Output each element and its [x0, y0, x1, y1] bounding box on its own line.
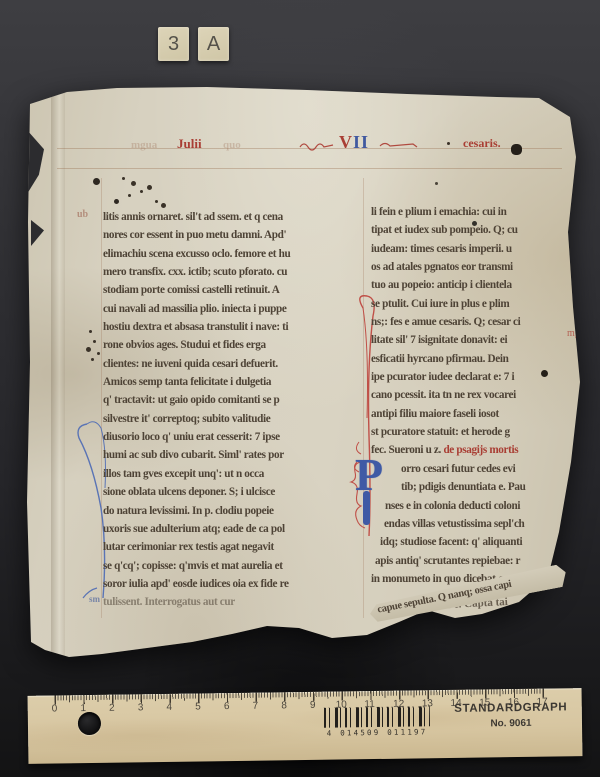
ink-spots — [447, 142, 450, 145]
text-line: iudeam: times cesaris imperii. u — [371, 240, 589, 258]
ruler-cm-number: 7 — [253, 701, 259, 712]
text-line: tib; pdigis denuntiata e. Pau — [371, 478, 589, 496]
ruler-cm-number: 5 — [195, 701, 201, 712]
ruler-model-number: No. 9061 — [436, 717, 586, 730]
edge-tear-notch — [27, 130, 44, 194]
text-line: lutar cerimoniar rex testis agat negavit — [103, 538, 363, 556]
text-line: humi ac sub divo cubarit. Siml' rates po… — [103, 446, 363, 464]
edge-tear-notch — [31, 220, 44, 246]
quire-mark: sm — [89, 594, 100, 604]
red-flourish-icon — [379, 140, 419, 152]
text-line: li fein e plium i emachia: cui in — [371, 203, 589, 221]
text-line: litate sil' 7 isignitate donavit: ei — [371, 331, 589, 349]
text-line: cano pcessit. ita tn ne rex vocarei — [371, 386, 589, 404]
text-line: antipi filiu maiore faseli iosot — [371, 405, 589, 423]
show-through-text: quo — [223, 139, 241, 157]
text-line: clientes: ne iuveni quida cesari defueri… — [103, 355, 363, 373]
barcode-digits: 4 014509 011197 — [316, 727, 438, 738]
text-line: silvestre it' correptoq; subito valitudi… — [103, 410, 363, 428]
text-line: elimachiu scena excusso oclo. femore et … — [103, 245, 363, 263]
ruler-cm-number: 9 — [310, 700, 316, 711]
rubric-text: de psagijs mortis — [443, 444, 518, 456]
text-line: nores cor essent in puo metu damni. Apd' — [103, 226, 363, 244]
show-through-text: mgua — [131, 139, 157, 157]
right-column-indented: orro cesari futur cedes evitib; pdigis d… — [371, 460, 589, 497]
mixed-rubric-line: fec. Sueroni u z. de psagijs mortis — [371, 441, 589, 459]
text-line: tuo au popeio: anticip i clientela — [371, 276, 589, 294]
folio-numeral: VII — [339, 132, 369, 150]
text-line: orro cesari futur cedes evi — [371, 460, 589, 478]
text-line: se q'cq'; copisse: q'mvis et mat aurelia… — [103, 557, 363, 575]
archive-number-tile: 3 — [158, 27, 189, 61]
text-line: endas villas vetustissima sepl'ch — [371, 515, 589, 533]
text-line: q' tractavit: ut gaio opido comitanti se… — [103, 391, 363, 409]
running-header-month: Julii — [177, 136, 202, 154]
red-flourish-icon — [299, 140, 335, 152]
archive-letter-tile: A — [198, 27, 229, 61]
text-line: do natura levissimi. In p. clodiu popeie — [103, 502, 363, 520]
worm-holes — [122, 177, 125, 180]
decorated-initial-p: P — [355, 457, 383, 493]
text-line: uxoris sue adulterium atq; eade de ca po… — [103, 520, 363, 538]
text-line: sione oblata ulcens deponer. S; i ulcisc… — [103, 483, 363, 501]
text-line: ipe pcurator iudee declarat e: 7 i — [371, 368, 589, 386]
text-line: ns;: fes e amue cesaris. Q; cesar ci — [371, 313, 589, 331]
ruler-hanging-hole — [78, 712, 101, 735]
text-line: Amicos semp tanta felicitate i dulgetia — [103, 373, 363, 391]
text-line: os ad atales pgnatos eor transmi — [371, 258, 589, 276]
text-line: se ptulit. Cui iure in plus e plim — [371, 295, 589, 313]
text-line: hostiu dextra et absasa transtulit i nav… — [103, 318, 363, 336]
ruler-cm-number: 3 — [138, 702, 144, 713]
tile-label: 3 — [168, 33, 179, 56]
numeral-red: V — [339, 132, 353, 152]
text-line: tulissent. Interrogatus aut cur — [103, 593, 363, 611]
ruler-brand: STANDARDGRAPH — [436, 701, 586, 715]
ruler-cm-number: 8 — [281, 700, 287, 711]
text-line: nses e in colonia deducti coloni — [371, 497, 589, 515]
text-line: diusorio loco q' uniu erat cesserit: 7 i… — [103, 428, 363, 446]
text-line: tipat et iudex sub pompeio. Q; cu — [371, 221, 589, 239]
ruler-cm-number: 2 — [109, 703, 115, 714]
text-line: idq; studiose facent: q' aliquanti — [371, 533, 589, 551]
text-line: st pcuratore statuit: et herode g — [371, 423, 589, 441]
text-line: rone obvios ages. Studui et fides erga — [103, 336, 363, 354]
left-column: litis annis ornaret. sil't ad ssem. et q… — [103, 208, 363, 612]
decorated-initial-block: P orro cesari futur cedes evitib; pdigis… — [371, 460, 589, 497]
text-line: mero transfix. cxx. ictib; scuto pforato… — [103, 263, 363, 281]
ruler-cm-number: 6 — [224, 701, 230, 712]
worm-holes — [89, 330, 92, 333]
numeral-blue: II — [353, 132, 369, 152]
ruler: 01234567891011121314151617 4 014509 0111… — [28, 688, 583, 764]
text-line: illos tam gves excepit unq': ut n occa — [103, 465, 363, 483]
ruler-cm-number: 0 — [52, 703, 58, 714]
right-column-top: li fein e plium i emachia: cui intipat e… — [371, 203, 589, 441]
text-line: stodiam porte comissi castelli retinuit.… — [103, 281, 363, 299]
tile-label: A — [207, 33, 220, 56]
left-fold-crease — [51, 82, 65, 667]
ruling-line — [57, 168, 562, 169]
text-line: cui navali ad massilia plio. iniecta i p… — [103, 300, 363, 318]
red-margin-mark: mg — [567, 328, 580, 339]
text-line: litis annis ornaret. sil't ad ssem. et q… — [103, 208, 363, 226]
ruler-cm-number: 4 — [166, 702, 172, 713]
text-line: esficatii hyrcano pfirmau. Dein — [371, 350, 589, 368]
text-line: soror iulia apd' eosde iudices oia ex fi… — [103, 575, 363, 593]
right-column: li fein e plium i emachia: cui intipat e… — [371, 203, 589, 588]
barcode — [324, 706, 430, 727]
running-header-title: cesaris. — [463, 136, 501, 154]
margin-note: ub — [77, 209, 88, 220]
